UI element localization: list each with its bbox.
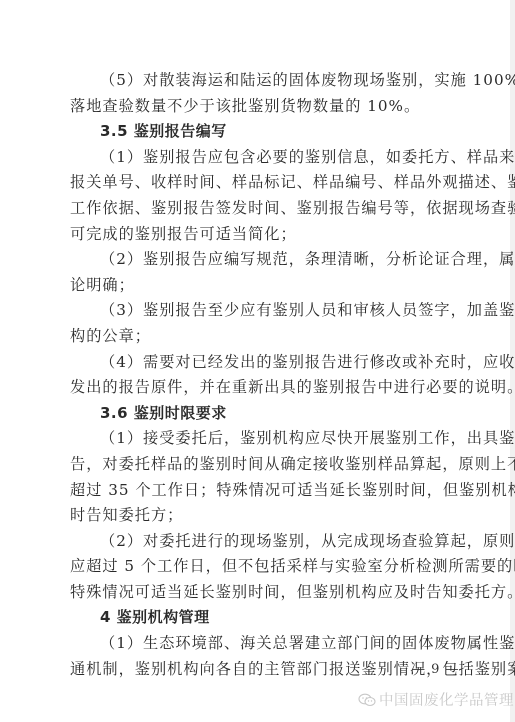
paragraph-line: 通机制，鉴别机构向各自的主管部门报送鉴别情况，包括鉴别案例	[70, 657, 470, 683]
paragraph-line: 报关单号、收样时间、样品标记、样品编号、样品外观描述、鉴别	[70, 170, 470, 196]
paragraph-line: （2）鉴别报告应编写规范，条理清晰，分析论证合理，属性结	[70, 247, 470, 273]
paragraph-line: 超过 35 个工作日；特殊情况可适当延长鉴别时间，但鉴别机构应及	[70, 478, 470, 504]
paragraph-line: 论明确；	[70, 273, 470, 299]
paragraph-line: （1）生态环境部、海关总署建立部门间的固体废物属性鉴别沟	[70, 631, 470, 657]
paragraph-line: （1）接受委托后，鉴别机构应尽快开展鉴别工作，出具鉴别报	[70, 426, 470, 452]
paragraph-line: （2）对委托进行的现场鉴别，从完成现场查验算起，原则上不	[70, 529, 470, 555]
watermark-text: 中国固废化学品管理	[379, 689, 514, 710]
paragraph-line: 构的公章；	[70, 324, 470, 350]
paragraph-line: （4）需要对已经发出的鉴别报告进行修改或补充时，应收回已	[70, 350, 470, 376]
document-page: （5）对散装海运和陆运的固体废物现场鉴别，实施 100%查验， 落地查验数量不少…	[70, 68, 470, 682]
section-heading-3-5: 3.5 鉴别报告编写	[70, 119, 470, 145]
paragraph-line: 发出的报告原件，并在重新出具的鉴别报告中进行必要的说明。	[70, 375, 470, 401]
paragraph-line: 时告知委托方；	[70, 503, 470, 529]
paragraph-line: （1）鉴别报告应包含必要的鉴别信息，如委托方、样品来源、	[70, 145, 470, 171]
paragraph-line: （5）对散装海运和陆运的固体废物现场鉴别，实施 100%查验，	[70, 68, 470, 94]
paragraph-line: 可完成的鉴别报告可适当简化；	[70, 222, 470, 248]
paragraph-line: 落地查验数量不少于该批鉴别货物数量的 10%。	[70, 94, 470, 120]
watermark: 中国固废化学品管理	[358, 689, 514, 710]
paragraph-line: 特殊情况可适当延长鉴别时间，但鉴别机构应及时告知委托方。	[70, 580, 470, 606]
paragraph-line: （3）鉴别报告至少应有鉴别人员和审核人员签字，加盖鉴别机	[70, 298, 470, 324]
paragraph-line: 应超过 5 个工作日，但不包括采样与实验室分析检测所需要的时间；	[70, 554, 470, 580]
section-heading-3-6: 3.6 鉴别时限要求	[70, 401, 470, 427]
section-heading-4: 4 鉴别机构管理	[70, 605, 470, 631]
page-number: — 9 —	[412, 662, 460, 677]
paragraph-line: 告，对委托样品的鉴别时间从确定接收鉴别样品算起，原则上不应	[70, 452, 470, 478]
wechat-icon	[358, 693, 376, 707]
paragraph-line: 工作依据、鉴别报告签发时间、鉴别报告编号等，依据现场查验即	[70, 196, 470, 222]
